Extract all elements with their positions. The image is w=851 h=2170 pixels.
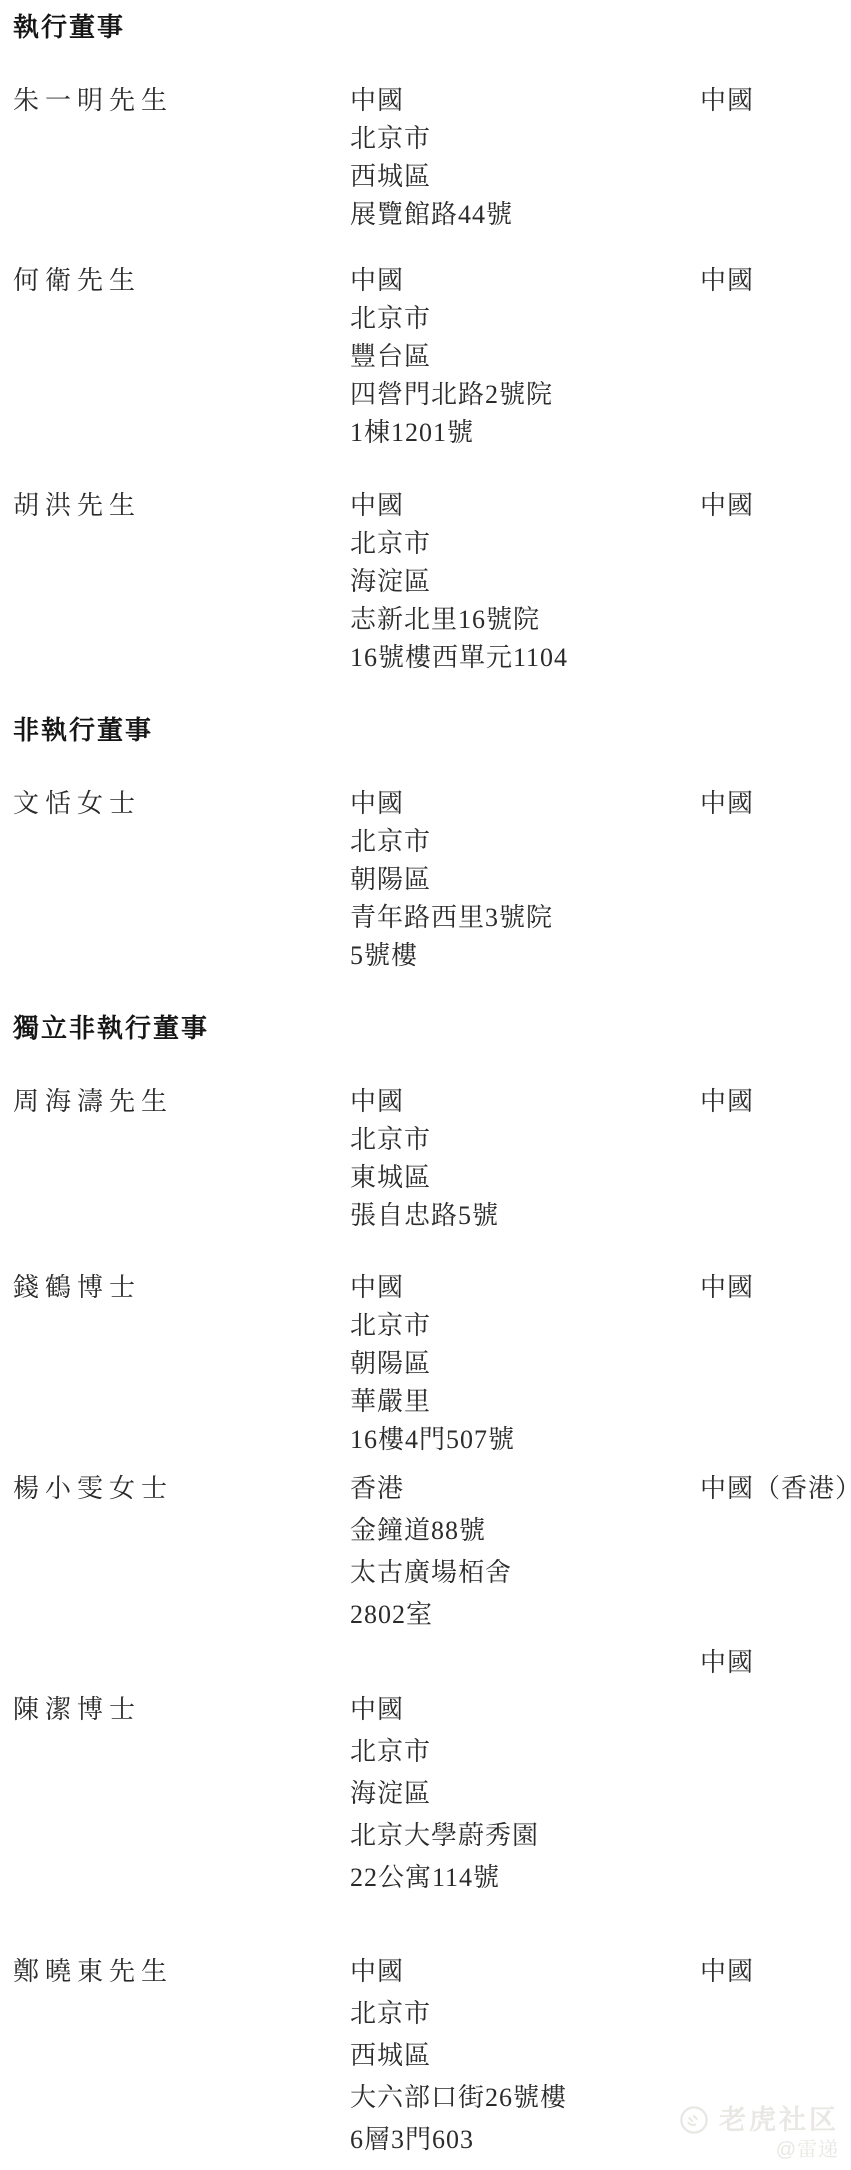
address-line: 大六部口街26號樓: [350, 2077, 700, 2119]
address-line: 西城區: [350, 2035, 700, 2077]
section-header: 非執行董事: [13, 711, 851, 749]
nationality: 中國（香港）: [700, 1468, 851, 1636]
address-line: 5號樓: [350, 937, 700, 975]
residential-address: [350, 1642, 700, 1684]
address-line: 北京市: [350, 120, 700, 158]
address-line: 東城區: [350, 1159, 700, 1197]
director-name: 胡洪先生: [13, 487, 350, 677]
nationality: 中國: [700, 487, 851, 677]
address-line: 中國: [350, 82, 700, 120]
address-line: 北京市: [350, 1993, 700, 2035]
address-line: 香港: [350, 1468, 700, 1510]
address-line: 北京市: [350, 1121, 700, 1159]
director-entry: 楊小雯女士香港金鐘道88號太古廣場栢舍2802室中國（香港）: [13, 1468, 851, 1636]
watermark-brand-row: 老虎社区: [679, 2105, 839, 2135]
director-entry: 周海濤先生中國北京市東城區張自忠路5號中國: [13, 1083, 851, 1235]
address-line: 海淀區: [350, 563, 700, 601]
director-name: 文恬女士: [13, 785, 350, 975]
address-line: 中國: [350, 487, 700, 525]
address-line: 中國: [350, 1083, 700, 1121]
director-name: 錢鶴博士: [13, 1269, 350, 1459]
residential-address: 中國北京市海淀區志新北里16號院16號樓西單元1104: [350, 487, 700, 677]
address-line: 太古廣場栢舍: [350, 1552, 700, 1594]
address-line: 2802室: [350, 1594, 700, 1636]
director-name: 楊小雯女士: [13, 1468, 350, 1636]
address-line: 海淀區: [350, 1773, 700, 1815]
director-name: 朱一明先生: [13, 82, 350, 234]
nationality: 中國: [700, 785, 851, 975]
director-entry: 胡洪先生中國北京市海淀區志新北里16號院16號樓西單元1104中國: [13, 487, 851, 677]
nationality: 中國: [700, 1269, 851, 1459]
address-line: 志新北里16號院: [350, 601, 700, 639]
nationality: 中國: [700, 82, 851, 234]
director-entry: 何衛先生中國北京市豐台區四營門北路2號院1棟1201號中國: [13, 262, 851, 452]
residential-address: 中國北京市海淀區北京大學蔚秀園22公寓114號: [350, 1689, 700, 1899]
director-name: 鄭曉東先生: [13, 1951, 350, 2161]
nationality: 中國: [700, 1642, 851, 1684]
address-line: 張自忠路5號: [350, 1197, 700, 1235]
address-line: 北京市: [350, 823, 700, 861]
residential-address: 中國北京市朝陽區華嚴里16樓4門507號: [350, 1269, 700, 1459]
director-entry: 錢鶴博士中國北京市朝陽區華嚴里16樓4門507號中國: [13, 1269, 851, 1459]
directors-list: 執行董事朱一明先生中國北京市西城區展覽館路44號中國何衛先生中國北京市豐台區四營…: [13, 8, 851, 2161]
watermark-brand: 老虎社区: [719, 2105, 839, 2135]
nationality: 中國: [700, 262, 851, 452]
director-entry: 朱一明先生中國北京市西城區展覽館路44號中國: [13, 82, 851, 234]
address-line: 北京市: [350, 1307, 700, 1345]
address-line: 展覽館路44號: [350, 196, 700, 234]
director-name: [13, 1642, 350, 1684]
address-line: 16號樓西單元1104: [350, 639, 700, 677]
address-line: 四營門北路2號院: [350, 376, 700, 414]
address-line: 豐台區: [350, 338, 700, 376]
address-line: 中國: [350, 1951, 700, 1993]
address-line: 6層3門603: [350, 2119, 700, 2161]
address-line: 16樓4門507號: [350, 1421, 700, 1459]
address-line: 中國: [350, 1269, 700, 1307]
watermark: 老虎社区 @雷递: [679, 2105, 839, 2162]
address-line: 北京市: [350, 1731, 700, 1773]
section-header: 執行董事: [13, 8, 851, 46]
nationality: 中國: [700, 1083, 851, 1235]
director-entry: 陳潔博士中國北京市海淀區北京大學蔚秀園22公寓114號: [13, 1689, 851, 1899]
section-header: 獨立非執行董事: [13, 1009, 851, 1047]
director-name: 周海濤先生: [13, 1083, 350, 1235]
residential-address: 香港金鐘道88號太古廣場栢舍2802室: [350, 1468, 700, 1636]
watermark-handle: @雷递: [679, 2138, 839, 2162]
address-line: 北京市: [350, 525, 700, 563]
director-name: 何衛先生: [13, 262, 350, 452]
address-line: 中國: [350, 1689, 700, 1731]
residential-address: 中國北京市朝陽區青年路西里3號院5號樓: [350, 785, 700, 975]
address-line: 22公寓114號: [350, 1857, 700, 1899]
director-entry: 文恬女士中國北京市朝陽區青年路西里3號院5號樓中國: [13, 785, 851, 975]
address-line: 華嚴里: [350, 1383, 700, 1421]
nationality: [700, 1689, 851, 1899]
address-line: 北京大學蔚秀園: [350, 1815, 700, 1857]
residential-address: 中國北京市東城區張自忠路5號: [350, 1083, 700, 1235]
address-line: 中國: [350, 785, 700, 823]
address-line: 1棟1201號: [350, 414, 700, 452]
nationality-only-row: 中國: [13, 1642, 851, 1684]
address-line: 西城區: [350, 158, 700, 196]
address-line: 朝陽區: [350, 1345, 700, 1383]
address-line: 朝陽區: [350, 861, 700, 899]
address-line: 金鐘道88號: [350, 1510, 700, 1552]
residential-address: 中國北京市豐台區四營門北路2號院1棟1201號: [350, 262, 700, 452]
residential-address: 中國北京市西城區展覽館路44號: [350, 82, 700, 234]
address-line: 中國: [350, 262, 700, 300]
tiger-icon: [679, 2105, 709, 2135]
address-line: 青年路西里3號院: [350, 899, 700, 937]
residential-address: 中國北京市西城區大六部口街26號樓6層3門603: [350, 1951, 700, 2161]
director-name: 陳潔博士: [13, 1689, 350, 1899]
directors-page: 執行董事朱一明先生中國北京市西城區展覽館路44號中國何衛先生中國北京市豐台區四營…: [0, 0, 851, 2170]
address-line: 北京市: [350, 300, 700, 338]
